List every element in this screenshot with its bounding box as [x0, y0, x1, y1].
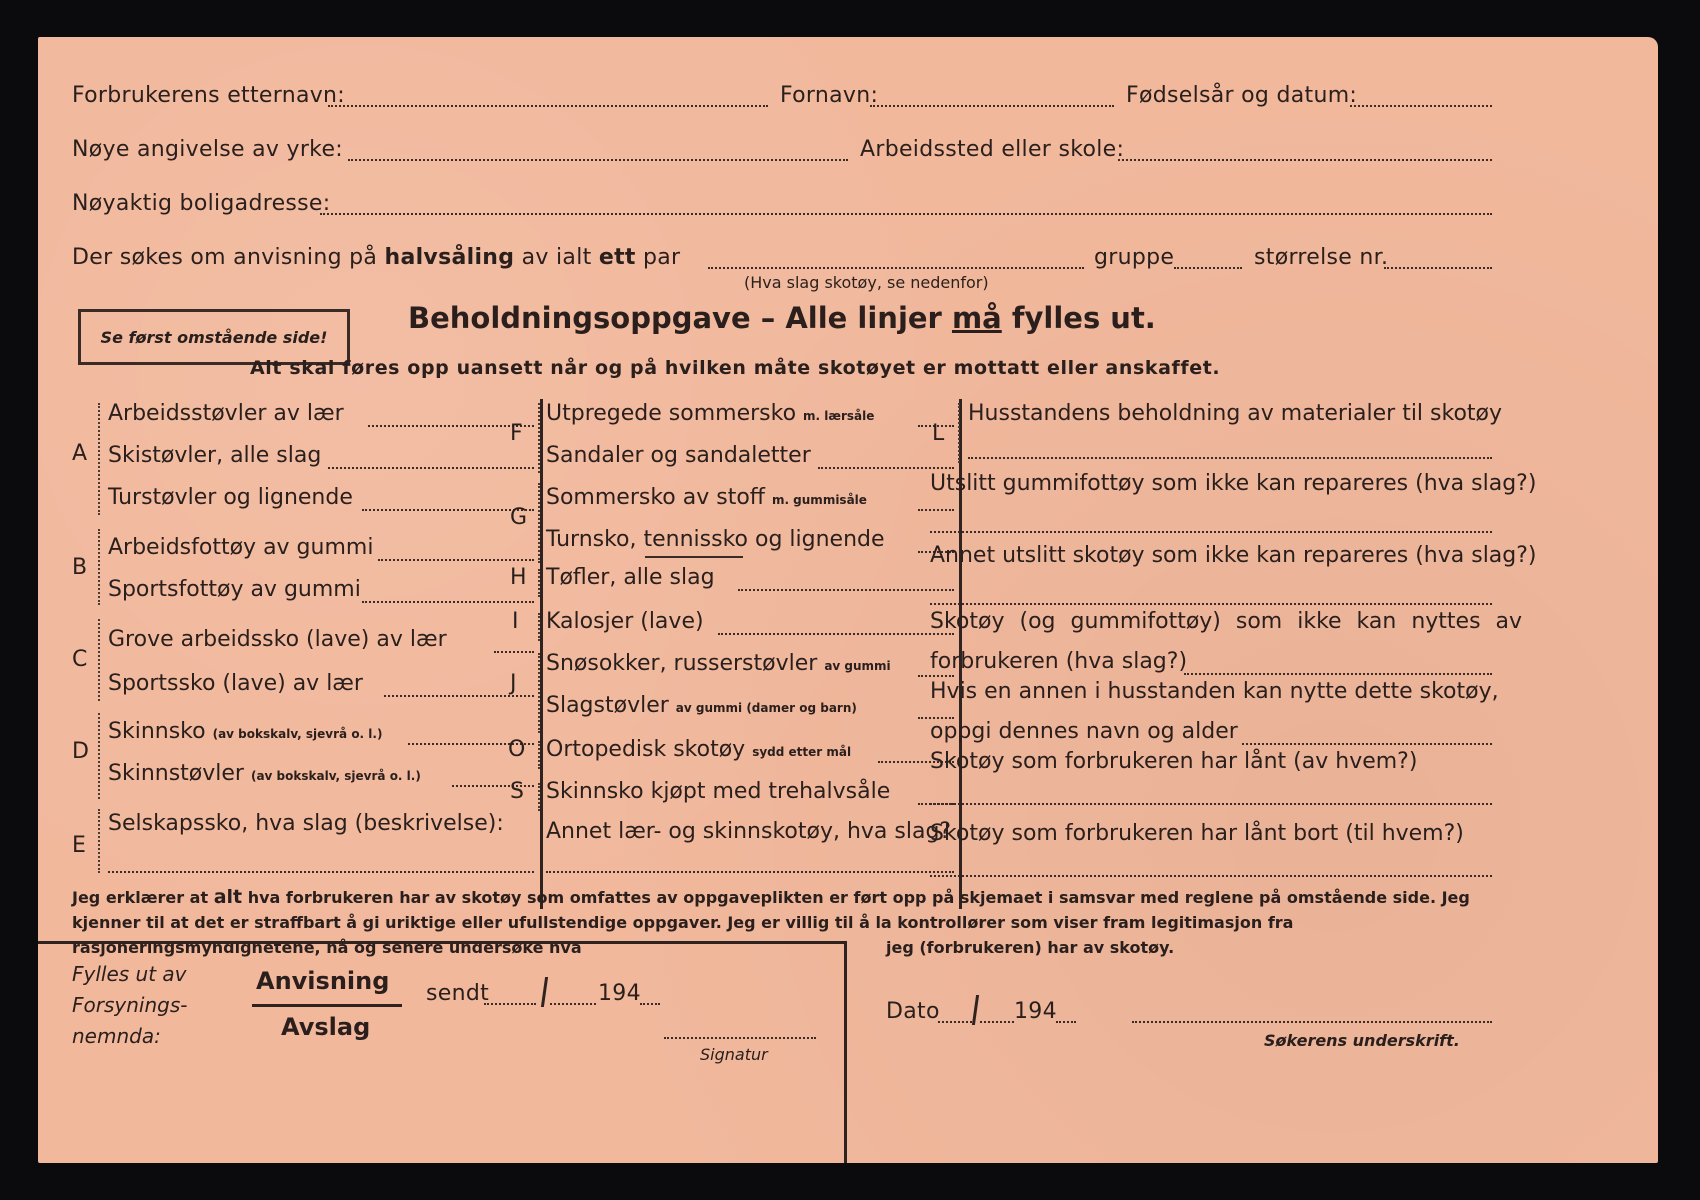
- surname-field[interactable]: [328, 105, 768, 107]
- item-selskapssko-field[interactable]: [108, 871, 534, 873]
- item-skinnsko-note: (av bokskalv, sjevrå o. l.): [213, 727, 383, 741]
- footer-divider: [844, 941, 847, 1163]
- item-utpregede-sommersko: Utpregede sommersko m. lærsåle: [546, 401, 874, 426]
- item-snosokker: Snøsokker, russerstøvler av gummi: [546, 651, 891, 676]
- group-label: gruppe: [1094, 245, 1174, 270]
- item-skistovler-field[interactable]: [328, 467, 534, 469]
- address-field[interactable]: [320, 213, 1492, 215]
- group-letter-o: O: [508, 737, 525, 762]
- request-halvsaling: halvsåling: [384, 245, 514, 270]
- size-field[interactable]: [1384, 267, 1492, 269]
- item-utpregede-sommersko-label: Utpregede sommersko: [546, 401, 796, 426]
- shoe-type-hint: (Hva slag skotøy, se nedenfor): [744, 273, 989, 292]
- group-e-bracket: [98, 809, 100, 873]
- filled-by-line-2: Forsynings-: [72, 990, 187, 1021]
- filled-by-line-3: nemnda:: [72, 1021, 187, 1052]
- rejection-option[interactable]: Avslag: [281, 1013, 370, 1041]
- inventory-subtitle: Alt skal føres opp uansett når og på hvi…: [250, 357, 1220, 379]
- footer-top-rule: [38, 941, 846, 944]
- item-annet-utslitt-field[interactable]: [930, 603, 1492, 605]
- item-trehalvsale: Skinnsko kjøpt med trehalvsåle: [546, 779, 890, 804]
- birth-field[interactable]: [1350, 105, 1492, 107]
- group-letter-i: I: [512, 609, 519, 634]
- group-b-bracket: [98, 529, 100, 605]
- declaration-alt: alt: [214, 886, 242, 908]
- surname-label: Forbrukerens etternavn:: [72, 83, 345, 108]
- request-prefix: Der søkes om anvisning på: [72, 245, 377, 270]
- item-kalosjer-field[interactable]: [718, 633, 954, 635]
- inventory-title-suffix: fylles ut.: [1012, 301, 1156, 335]
- applicant-signature-label: Søkerens underskrift.: [1264, 1031, 1460, 1050]
- filled-by-line-1: Fylles ut av: [72, 959, 187, 990]
- item-annet-laer: Annet lær- og skinnskotøy, hva slag?: [546, 819, 951, 844]
- item-skinnsko-label: Skinnsko: [108, 719, 206, 744]
- group-g-bracket: [538, 483, 540, 563]
- item-grove-arbeidssko-field[interactable]: [494, 651, 534, 653]
- item-turstovler-field[interactable]: [362, 509, 534, 511]
- group-field[interactable]: [1174, 267, 1242, 269]
- item-arbeidsfottoy-gummi: Arbeidsfottøy av gummi: [108, 535, 373, 560]
- ration-form-card: Forbrukerens etternavn: Fornavn: Fødsels…: [38, 37, 1658, 1163]
- item-ortopedisk-label: Ortopedisk skotøy: [546, 737, 745, 762]
- item-skinnstovler-note: (av bokskalv, sjevrå o. l.): [251, 769, 421, 783]
- item-slagstovler: Slagstøvler av gummi (damer og barn): [546, 693, 857, 718]
- date-slash-right: [972, 995, 979, 1025]
- group-h-bracket: [538, 569, 540, 597]
- signature-label: Signatur: [700, 1045, 768, 1064]
- group-letter-j: J: [510, 671, 517, 696]
- item-sommersko-stoff: Sommersko av stoff m. gummisåle: [546, 485, 867, 510]
- sent-month-field[interactable]: [550, 1003, 596, 1005]
- item-sommersko-stoff-field[interactable]: [918, 509, 954, 511]
- inventory-title-prefix: Beholdningsoppgave – Alle linjer: [408, 301, 942, 335]
- item-lant-bort: Skotøy som forbrukeren har lånt bort (ti…: [930, 821, 1464, 846]
- item-ortopedisk: Ortopedisk skotøy sydd etter mål: [546, 737, 851, 762]
- item-sportsfottoy-gummi: Sportsfottøy av gummi: [108, 577, 361, 602]
- sent-year-field[interactable]: [640, 1003, 660, 1005]
- column-divider-1: [540, 399, 543, 909]
- size-label: størrelse nr.: [1254, 245, 1388, 270]
- item-selskapssko: Selskapssko, hva slag (beskrivelse):: [108, 811, 504, 836]
- item-utslitt-gummi-field[interactable]: [930, 531, 1492, 533]
- item-annen-husstand-field[interactable]: [1242, 743, 1492, 745]
- item-husstandens-materialer-field[interactable]: [968, 457, 1492, 459]
- date-day-field[interactable]: [938, 1021, 972, 1023]
- declaration-text: Jeg erklærer at alt hva forbrukeren har …: [72, 885, 1492, 960]
- group-f-bracket: [538, 403, 540, 473]
- declaration-line-3: jeg (forbrukeren) har av skotøy.: [886, 935, 1174, 960]
- group-j-bracket: [538, 653, 540, 733]
- item-arbeidsfottoy-gummi-field[interactable]: [378, 559, 534, 561]
- item-snosokker-field[interactable]: [918, 675, 954, 677]
- item-sportssko-laer: Sportssko (lave) av lær: [108, 671, 363, 696]
- item-annet-utslitt: Annet utslitt skotøy som ikke kan repare…: [930, 543, 1537, 568]
- date-year-field[interactable]: [1056, 1021, 1076, 1023]
- group-letter-d: D: [72, 739, 89, 764]
- item-ikke-nyttes-2: forbrukeren (hva slag?): [930, 649, 1187, 674]
- date-label: Dato: [886, 999, 940, 1024]
- item-skinnsko: Skinnsko (av bokskalv, sjevrå o. l.): [108, 719, 382, 744]
- request-ett: ett: [599, 245, 636, 270]
- group-letter-l: L: [932, 421, 944, 446]
- item-slagstovler-label: Slagstøvler: [546, 693, 669, 718]
- workplace-field[interactable]: [1118, 159, 1492, 161]
- declaration-part-a: Jeg erklærer at: [72, 888, 208, 907]
- filled-by-committee: Fylles ut av Forsynings- nemnda:: [72, 959, 187, 1052]
- group-s-bracket: [538, 783, 540, 811]
- group-i-bracket: [538, 613, 540, 641]
- item-turstovler: Turstøvler og lignende: [108, 485, 353, 510]
- birth-label: Fødselsår og datum:: [1126, 83, 1357, 108]
- group-o-bracket: [538, 741, 540, 769]
- date-slash: [541, 977, 548, 1007]
- sent-label: sendt: [426, 981, 489, 1006]
- group-letter-c: C: [72, 647, 87, 672]
- occupation-field[interactable]: [348, 159, 848, 161]
- item-skinnstovler-label: Skinnstøvler: [108, 761, 244, 786]
- item-sandaler-field[interactable]: [818, 467, 954, 469]
- item-snosokker-label: Snøsokker, russerstøvler: [546, 651, 817, 676]
- approval-option[interactable]: Anvisning: [256, 967, 389, 995]
- inventory-title: Beholdningsoppgave – Alle linjer må fyll…: [408, 301, 1156, 335]
- item-skistovler: Skistøvler, alle slag: [108, 443, 321, 468]
- item-ikke-nyttes: Skotøy (og gummifottøy) som ikke kan nyt…: [930, 609, 1522, 634]
- request-sentence: Der søkes om anvisning på halvsåling av …: [72, 245, 680, 270]
- group-letter-e: E: [72, 833, 86, 858]
- item-lant-bort-field[interactable]: [930, 875, 1492, 877]
- approval-divider: [252, 1004, 402, 1007]
- item-turnsko: Turnsko, tennissko og lignende: [546, 527, 885, 552]
- address-label: Nøyaktig boligadresse:: [72, 191, 330, 216]
- item-annet-laer-field[interactable]: [546, 871, 954, 873]
- item-husstandens-materialer: Husstandens beholdning av materialer til…: [968, 401, 1502, 426]
- see-reverse-text: Se først omstående side!: [101, 328, 328, 347]
- date-year-prefix: 194: [1014, 999, 1057, 1024]
- item-annen-husstand-2: oppgi dennes navn og alder: [930, 719, 1238, 744]
- item-tofler: Tøfler, alle slag: [546, 565, 715, 590]
- item-ikke-nyttes-field[interactable]: [1184, 673, 1492, 675]
- group-letter-a: A: [72, 441, 87, 466]
- group-l-bracket: [958, 403, 960, 463]
- item-snosokker-note: av gummi: [824, 659, 890, 673]
- group-letter-s: S: [510, 779, 524, 804]
- item-sandaler: Sandaler og sandaletter: [546, 443, 811, 468]
- item-annen-husstand: Hvis en annen i husstanden kan nytte det…: [930, 679, 1499, 704]
- item-grove-arbeidssko: Grove arbeidssko (lave) av lær: [108, 627, 447, 652]
- firstname-field[interactable]: [870, 105, 1114, 107]
- item-kalosjer: Kalosjer (lave): [546, 609, 704, 634]
- item-lant: Skotøy som forbrukeren har lånt (av hvem…: [930, 749, 1417, 774]
- date-month-field[interactable]: [980, 1021, 1014, 1023]
- item-sportsfottoy-gummi-field[interactable]: [362, 601, 534, 603]
- sent-year-prefix: 194: [598, 981, 641, 1006]
- item-sommersko-stoff-label: Sommersko av stoff: [546, 485, 765, 510]
- group-d-bracket: [98, 713, 100, 799]
- item-skinnstovler: Skinnstøvler (av bokskalv, sjevrå o. l.): [108, 761, 421, 786]
- request-mid: av ialt: [522, 245, 592, 270]
- group-a-bracket: [98, 403, 100, 515]
- item-tofler-field[interactable]: [738, 589, 954, 591]
- item-arbeidsstovler: Arbeidsstøvler av lær: [108, 401, 344, 426]
- group-letter-g: G: [510, 505, 527, 530]
- committee-signature-field[interactable]: [664, 1037, 816, 1039]
- sent-day-field[interactable]: [484, 1003, 536, 1005]
- applicant-signature-field[interactable]: [1132, 1021, 1492, 1023]
- request-suffix: par: [643, 245, 680, 270]
- occupation-label: Nøye angivelse av yrke:: [72, 137, 343, 162]
- item-lant-field[interactable]: [930, 803, 1492, 805]
- item-slagstovler-note: av gummi (damer og barn): [676, 701, 857, 715]
- item-utslitt-gummi: Utslitt gummifottøy som ikke kan reparer…: [930, 471, 1536, 496]
- shoe-type-field[interactable]: [708, 267, 1084, 269]
- item-utpregede-sommersko-note: m. lærsåle: [803, 409, 874, 423]
- group-c-bracket: [98, 619, 100, 701]
- workplace-label: Arbeidssted eller skole:: [860, 137, 1124, 162]
- tennissko-underline: [645, 556, 743, 558]
- inventory-title-must: må: [952, 301, 1002, 335]
- item-ortopedisk-note: sydd etter mål: [752, 745, 851, 759]
- group-letter-f: F: [510, 421, 523, 446]
- firstname-label: Fornavn:: [780, 83, 878, 108]
- item-sommersko-stoff-note: m. gummisåle: [772, 493, 867, 507]
- group-letter-h: H: [510, 565, 527, 590]
- group-letter-b: B: [72, 555, 87, 580]
